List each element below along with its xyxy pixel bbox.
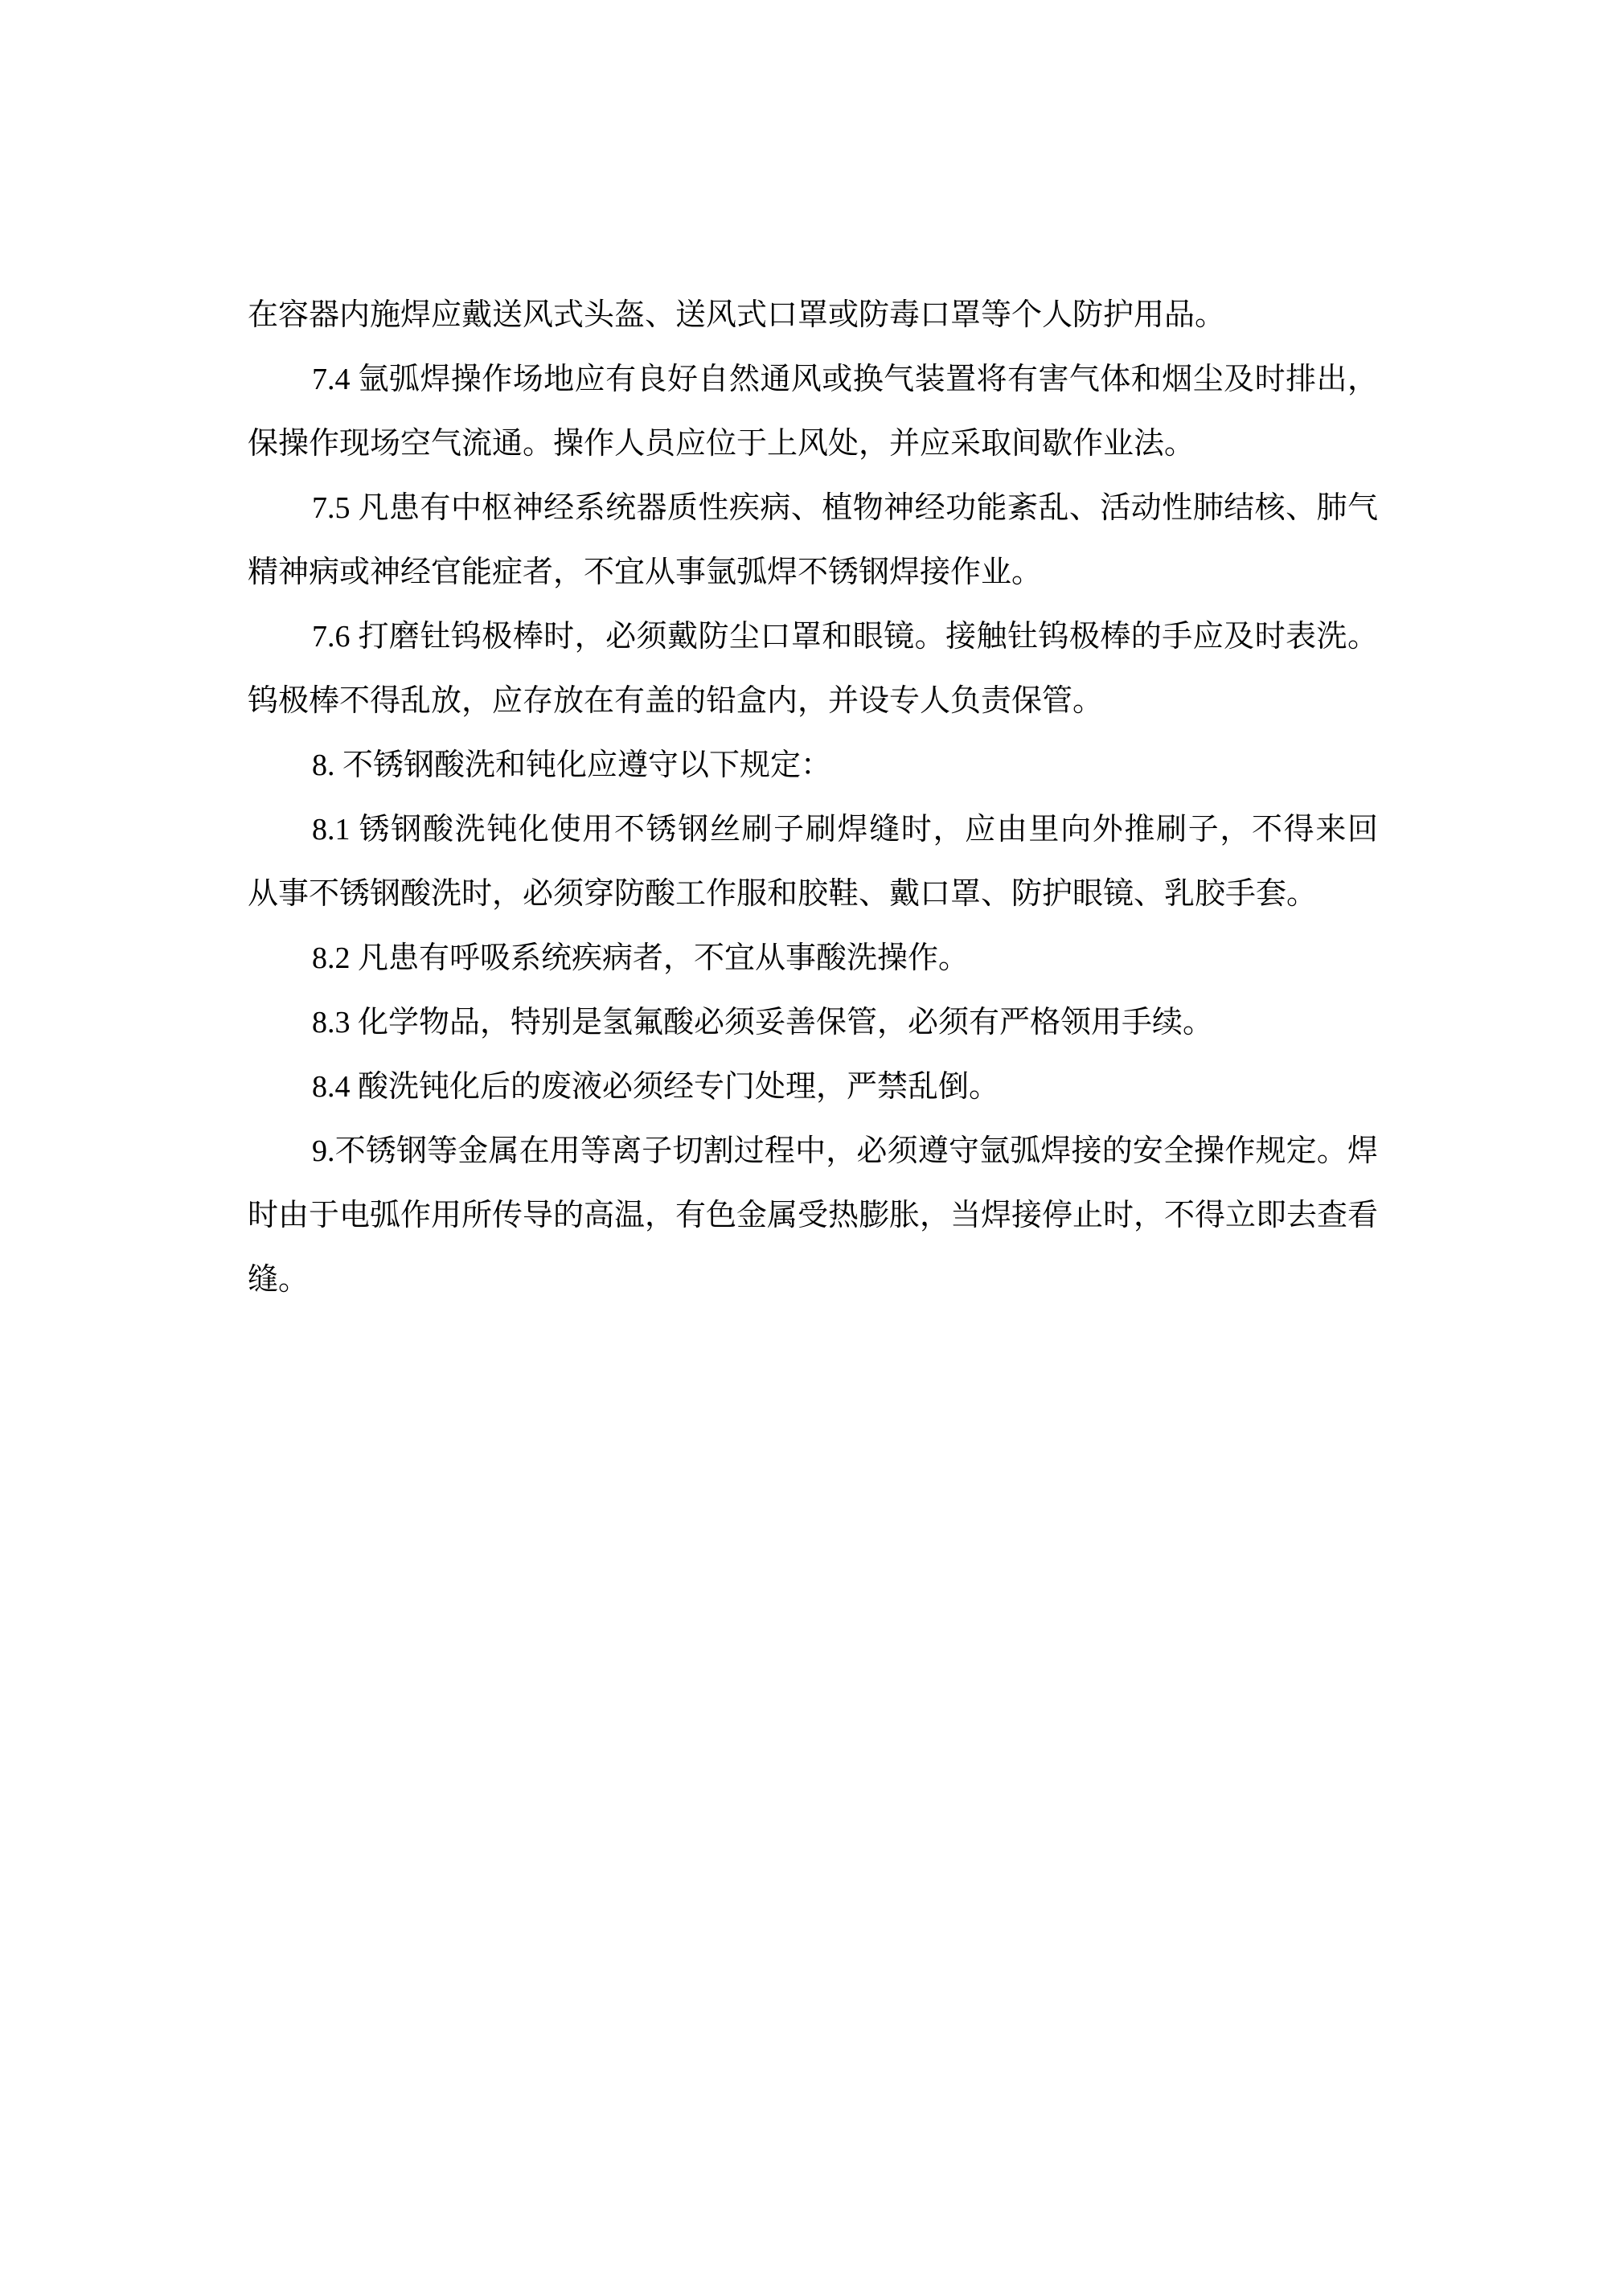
text-line: 8. 不锈钢酸洗和钝化应遵守以下规定： — [248, 733, 1378, 797]
text-line: 8.4 酸洗钝化后的废液必须经专门处理，严禁乱倒。 — [248, 1055, 1378, 1119]
text-line: 精神病或神经官能症者，不宜从事氩弧焊不锈钢焊接作业。 — [248, 540, 1378, 605]
text-line: 钨极棒不得乱放，应存放在有盖的铅盒内，并设专人负责保管。 — [248, 669, 1378, 733]
text-line: 从事不锈钢酸洗时，必须穿防酸工作服和胶鞋、戴口罩、防护眼镜、乳胶手套。 — [248, 862, 1378, 926]
text-line: 时由于电弧作用所传导的高温，有色金属受热膨胀，当焊接停止时，不得立即去查看焊 — [248, 1183, 1378, 1248]
text-line: 9.不锈钢等金属在用等离子切割过程中，必须遵守氩弧焊接的安全操作规定。焊接 — [248, 1119, 1378, 1183]
text-line: 在容器内施焊应戴送风式头盔、送风式口罩或防毒口罩等个人防护用品。 — [248, 283, 1378, 347]
text-line: 缝。 — [248, 1248, 1378, 1312]
text-line: 保操作现场空气流通。操作人员应位于上风处，并应采取间歇作业法。 — [248, 412, 1378, 476]
text-line: 7.4 氩弧焊操作场地应有良好自然通风或换气装置将有害气体和烟尘及时排出，确 — [248, 347, 1378, 412]
document-page: 在容器内施焊应戴送风式头盔、送风式口罩或防毒口罩等个人防护用品。7.4 氩弧焊操… — [0, 0, 1624, 2296]
text-line: 7.5 凡患有中枢神经系统器质性疾病、植物神经功能紊乱、活动性肺结核、肺气肿、 — [248, 476, 1378, 540]
text-line: 7.6 打磨钍钨极棒时，必须戴防尘口罩和眼镜。接触钍钨极棒的手应及时表洗。钍 — [248, 605, 1378, 669]
text-line: 8.2 凡患有呼吸系统疾病者，不宜从事酸洗操作。 — [248, 926, 1378, 990]
text-line: 8.1 锈钢酸洗钝化使用不锈钢丝刷子刷焊缝时，应由里向外推刷子，不得来回刷。 — [248, 797, 1378, 862]
text-line: 8.3 化学物品，特别是氢氟酸必须妥善保管，必须有严格领用手续。 — [248, 990, 1378, 1055]
document-body: 在容器内施焊应戴送风式头盔、送风式口罩或防毒口罩等个人防护用品。7.4 氩弧焊操… — [248, 283, 1378, 1312]
